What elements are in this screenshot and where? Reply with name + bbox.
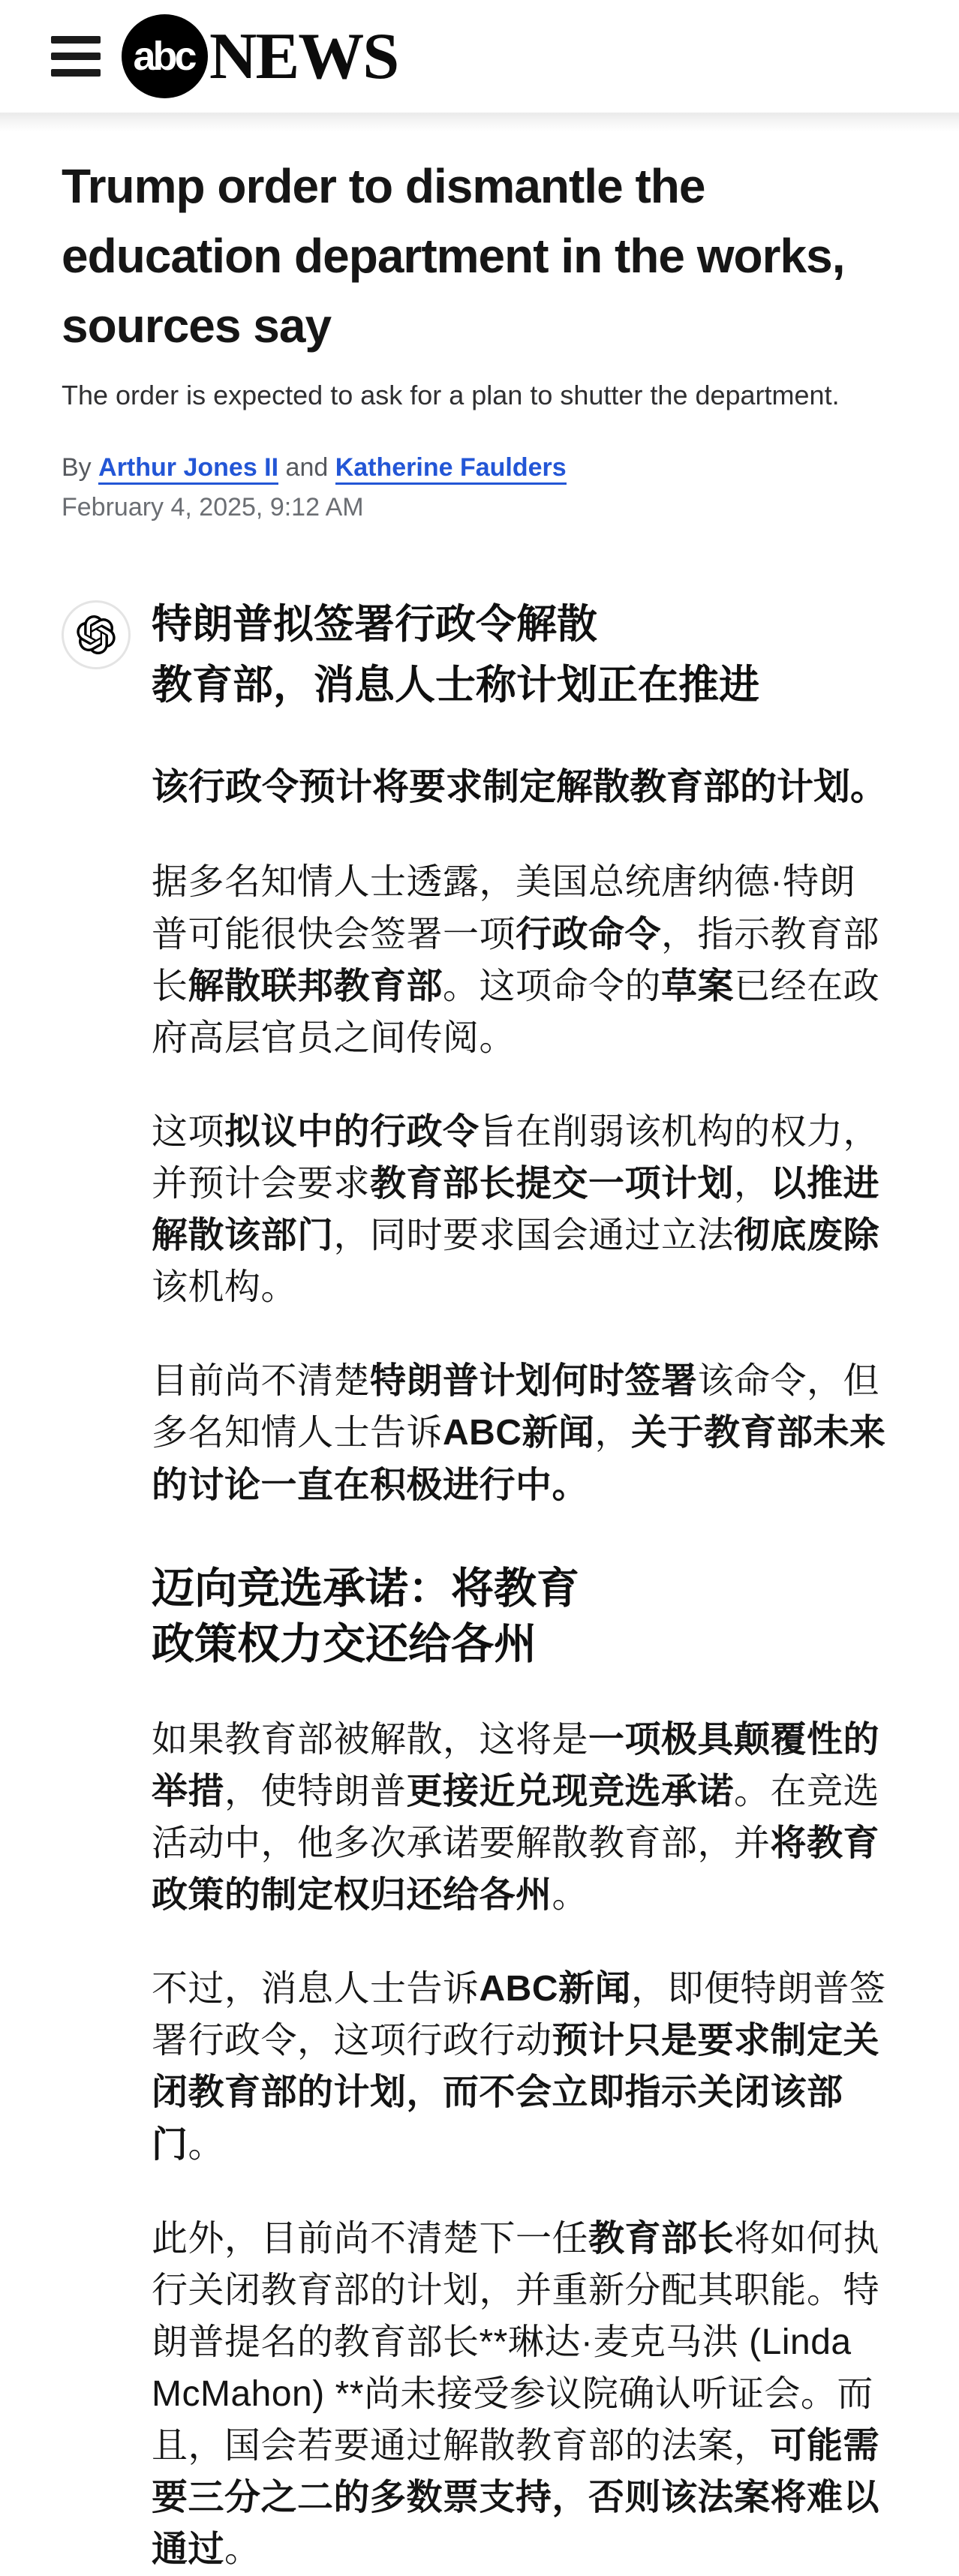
abc-logo-circle: abc <box>122 14 208 98</box>
article-subtitle: The order is expected to ask for a plan … <box>62 380 888 411</box>
paragraph: 目前尚不清楚特朗普计划何时签署该命令，但多名知情人士告诉ABC新闻，关于教育部未… <box>152 1355 888 1510</box>
publish-date: February 4, 2025, 9:12 AM <box>62 493 888 522</box>
translated-headline: 特朗普拟签署行政令解散 教育部，消息人士称计划正在推进 <box>152 594 888 716</box>
translated-lead: 该行政令预计将要求制定解散教育部的计划。 <box>152 761 888 814</box>
hamburger-menu-icon[interactable] <box>51 36 101 77</box>
paragraph: 据多名知情人士透露，美国总统唐纳德·特朗普可能很快会签署一项行政命令，指示教育部… <box>152 856 888 1063</box>
article: Trump order to dismantle the education d… <box>0 152 959 2575</box>
byline-prefix: By <box>62 453 92 482</box>
header-divider <box>0 113 959 132</box>
abc-news-logo[interactable]: abc NEWS <box>122 14 398 98</box>
author-link-katherine-faulders[interactable]: Katherine Faulders <box>335 453 567 485</box>
author-link-arthur-jones[interactable]: Arthur Jones II <box>98 453 278 485</box>
paragraph: 这项拟议中的行政令旨在削弱该机构的权力，并预计会要求教育部长提交一项计划，以推进… <box>152 1106 888 1313</box>
translated-article: 特朗普拟签署行政令解散 教育部，消息人士称计划正在推进 该行政令预计将要求制定解… <box>152 594 888 2575</box>
paragraph: 如果教育部被解散，这将是一项极具颠覆性的举措，使特朗普更接近兑现竞选承诺。在竞选… <box>152 1714 888 1921</box>
article-headline: Trump order to dismantle the education d… <box>62 152 876 360</box>
section-heading: 迈向竞选承诺：将教育 政策权力交还给各州 <box>152 1561 888 1672</box>
app-header: abc NEWS <box>0 0 959 113</box>
paragraph: 此外，目前尚不清楚下一任教育部长将如何执行关闭教育部的计划，并重新分配其职能。特… <box>152 2213 888 2576</box>
translated-body: 据多名知情人士透露，美国总统唐纳德·特朗普可能很快会签署一项行政命令，指示教育部… <box>152 856 888 2575</box>
openai-knot-glyph <box>77 615 116 654</box>
paragraph: 不过，消息人士告诉ABC新闻，即便特朗普签署行政令，这项行政行动预计只是要求制定… <box>152 1963 888 2170</box>
chatgpt-translation-block: 特朗普拟签署行政令解散 教育部，消息人士称计划正在推进 该行政令预计将要求制定解… <box>62 594 888 2575</box>
page: abc NEWS Trump order to dismantle the ed… <box>0 0 959 2575</box>
openai-logo-icon <box>62 600 131 669</box>
byline-conjunction: and <box>286 453 329 482</box>
abc-logo-news-text: NEWS <box>209 19 398 95</box>
byline: By Arthur Jones II and Katherine Faulder… <box>62 453 888 482</box>
